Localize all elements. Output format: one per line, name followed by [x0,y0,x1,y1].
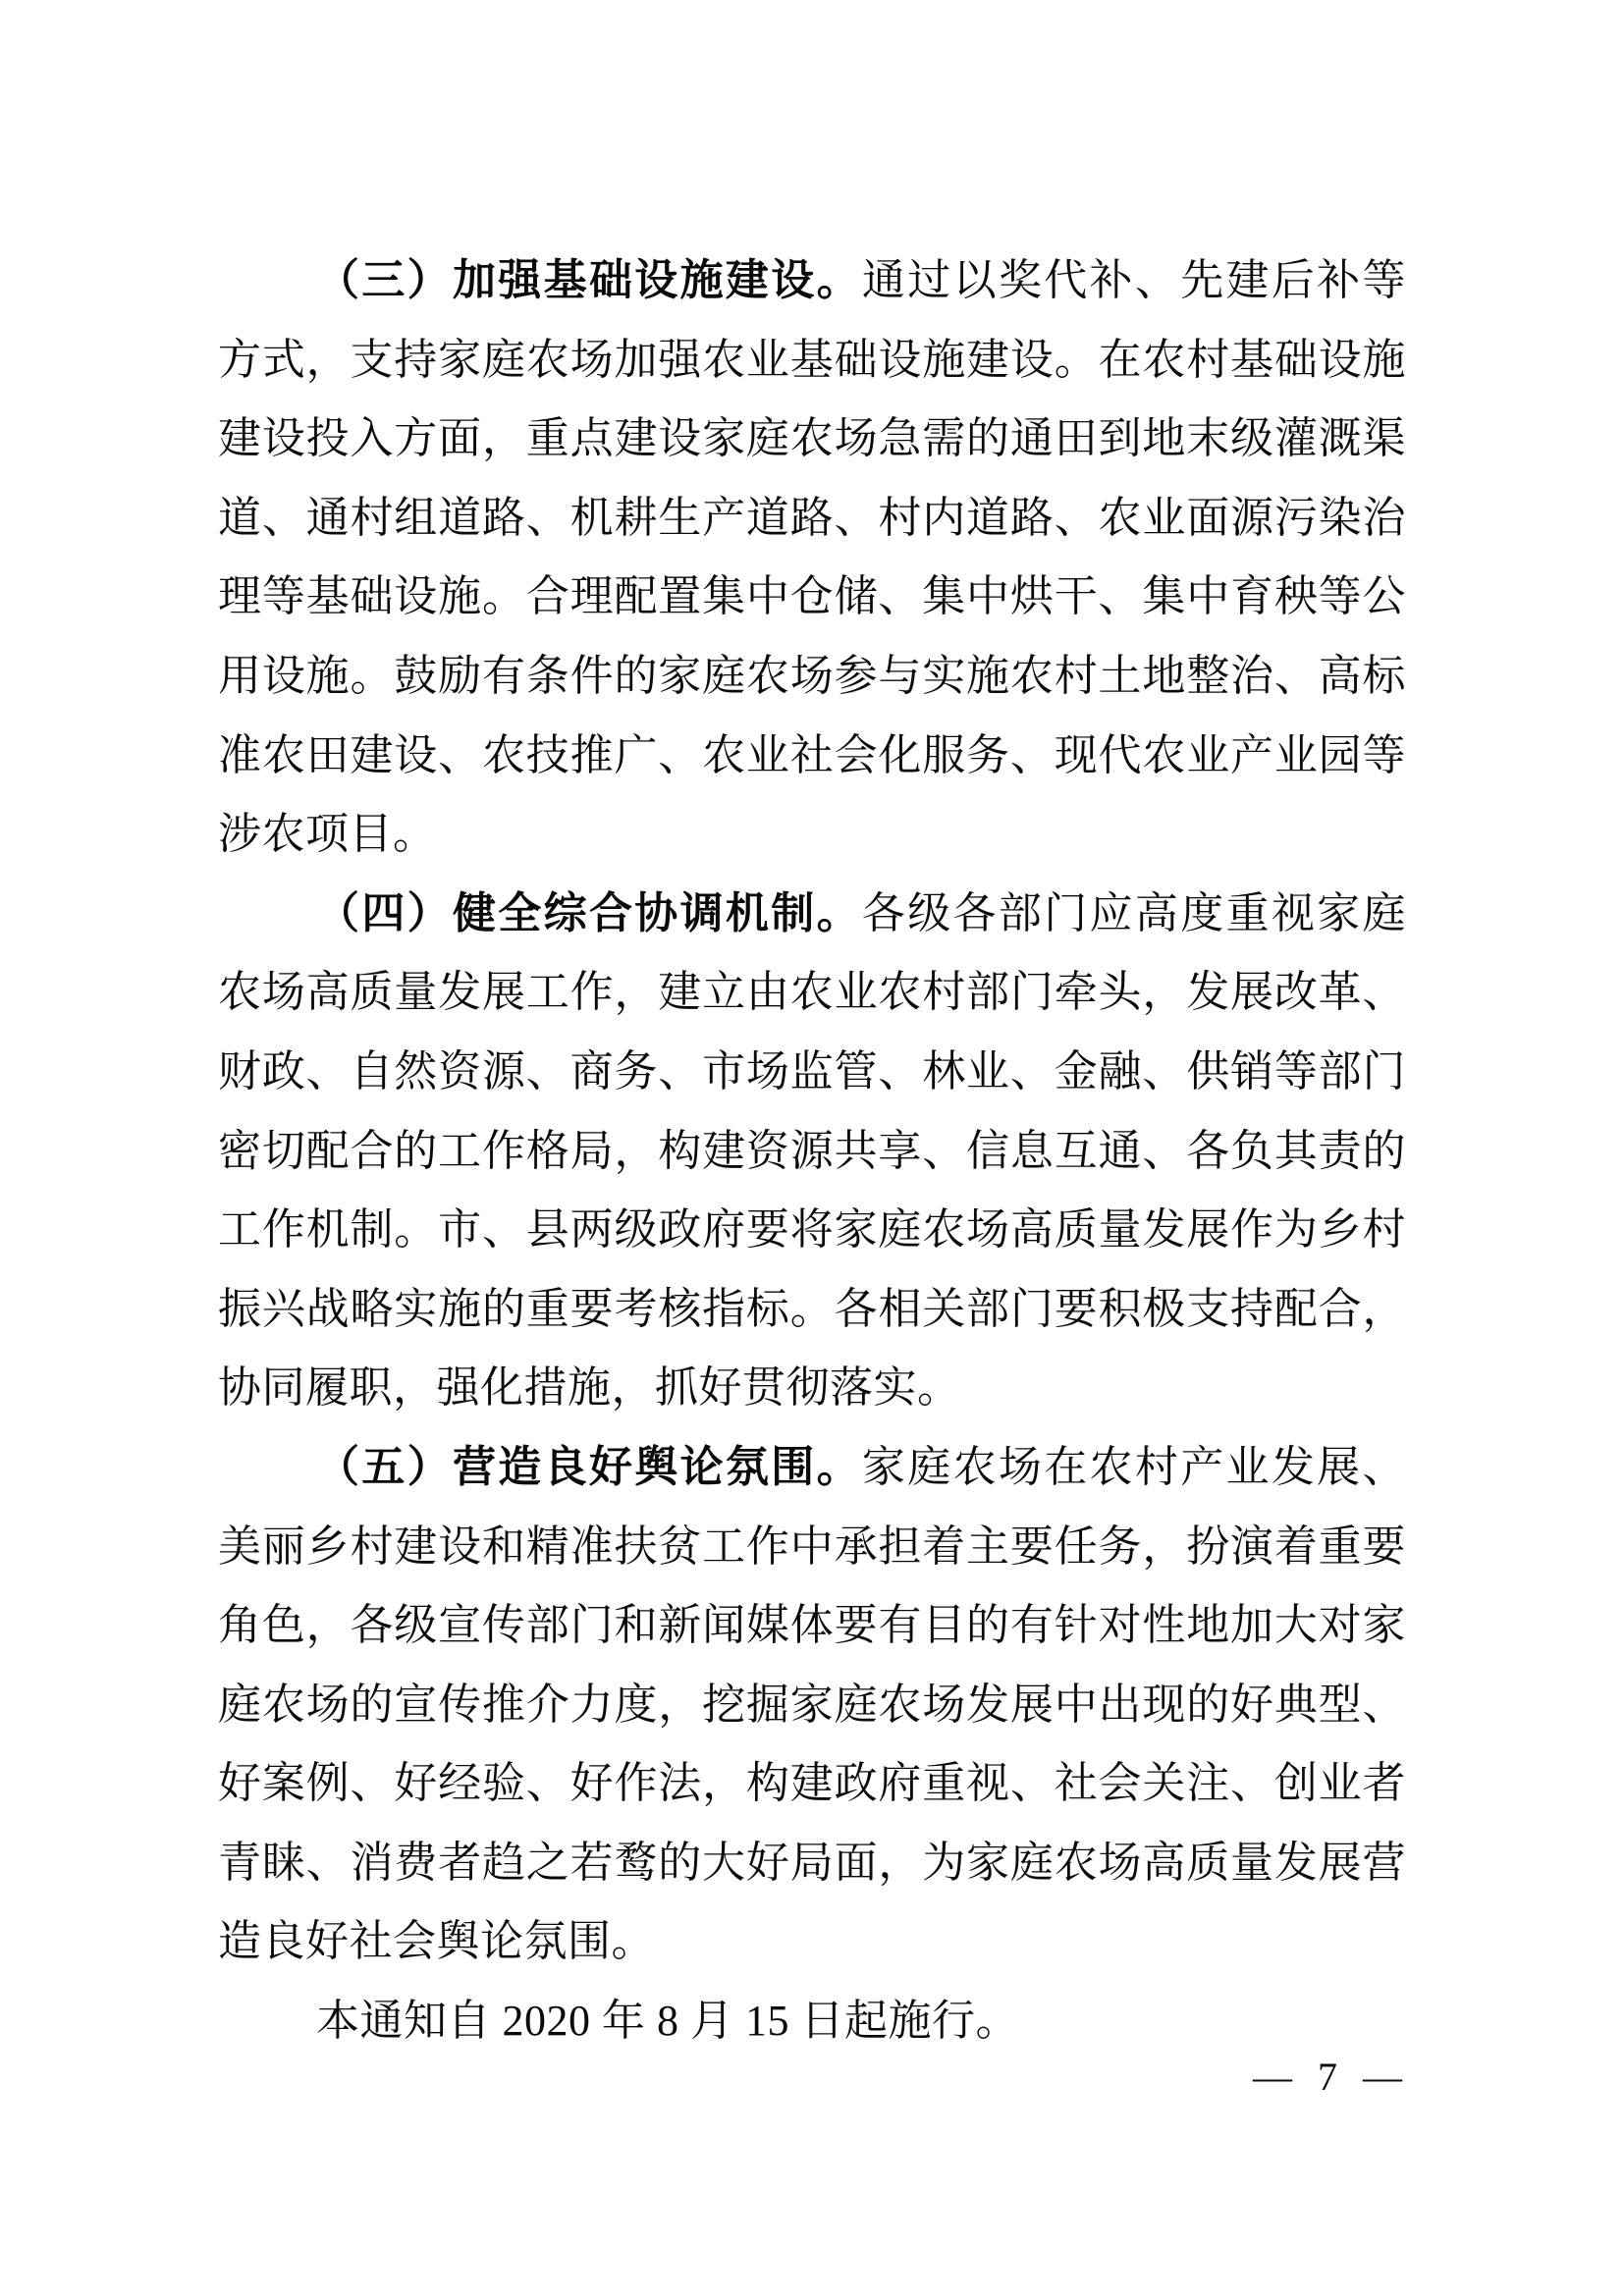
paragraph-section-4: （四）健全综合协调机制。各级各部门应高度重视家庭农场高质量发展工作，建立由农业农… [218,875,1406,1428]
page-number: — 7 — [1253,2056,1410,2099]
document-text-block: （三）加强基础设施建设。通过以奖代补、先建后补等方式，支持家庭农场加强农业基础设… [218,241,1406,2061]
paragraph-body: 家庭农场在农村产业发展、美丽乡村建设和精准扶贫工作中承担着主要任务，扮演着重要角… [218,1443,1406,1966]
document-page: （三）加强基础设施建设。通过以奖代补、先建后补等方式，支持家庭农场加强农业基础设… [0,0,1624,2296]
paragraph-body: 通过以奖代补、先建后补等方式，支持家庭农场加强农业基础设施建设。在农村基础设施建… [218,256,1406,858]
paragraph-body: 各级各部门应高度重视家庭农场高质量发展工作，建立由农业农村部门牵头，发展改革、财… [218,889,1406,1413]
paragraph-heading: （五）营造良好舆论氛围。 [316,1443,862,1491]
paragraph-section-3: （三）加强基础设施建设。通过以奖代补、先建后补等方式，支持家庭农场加强农业基础设… [218,241,1406,875]
paragraph-effective-date: 本通知自 2020 年 8 月 15 日起施行。 [218,1982,1406,2061]
paragraph-heading: （三）加强基础设施建设。 [316,256,862,304]
paragraph-section-5: （五）营造良好舆论氛围。家庭农场在农村产业发展、美丽乡村建设和精准扶贫工作中承担… [218,1428,1406,1982]
paragraph-heading: （四）健全综合协调机制。 [316,889,862,937]
paragraph-body: 本通知自 2020 年 8 月 15 日起施行。 [316,1997,1019,2045]
